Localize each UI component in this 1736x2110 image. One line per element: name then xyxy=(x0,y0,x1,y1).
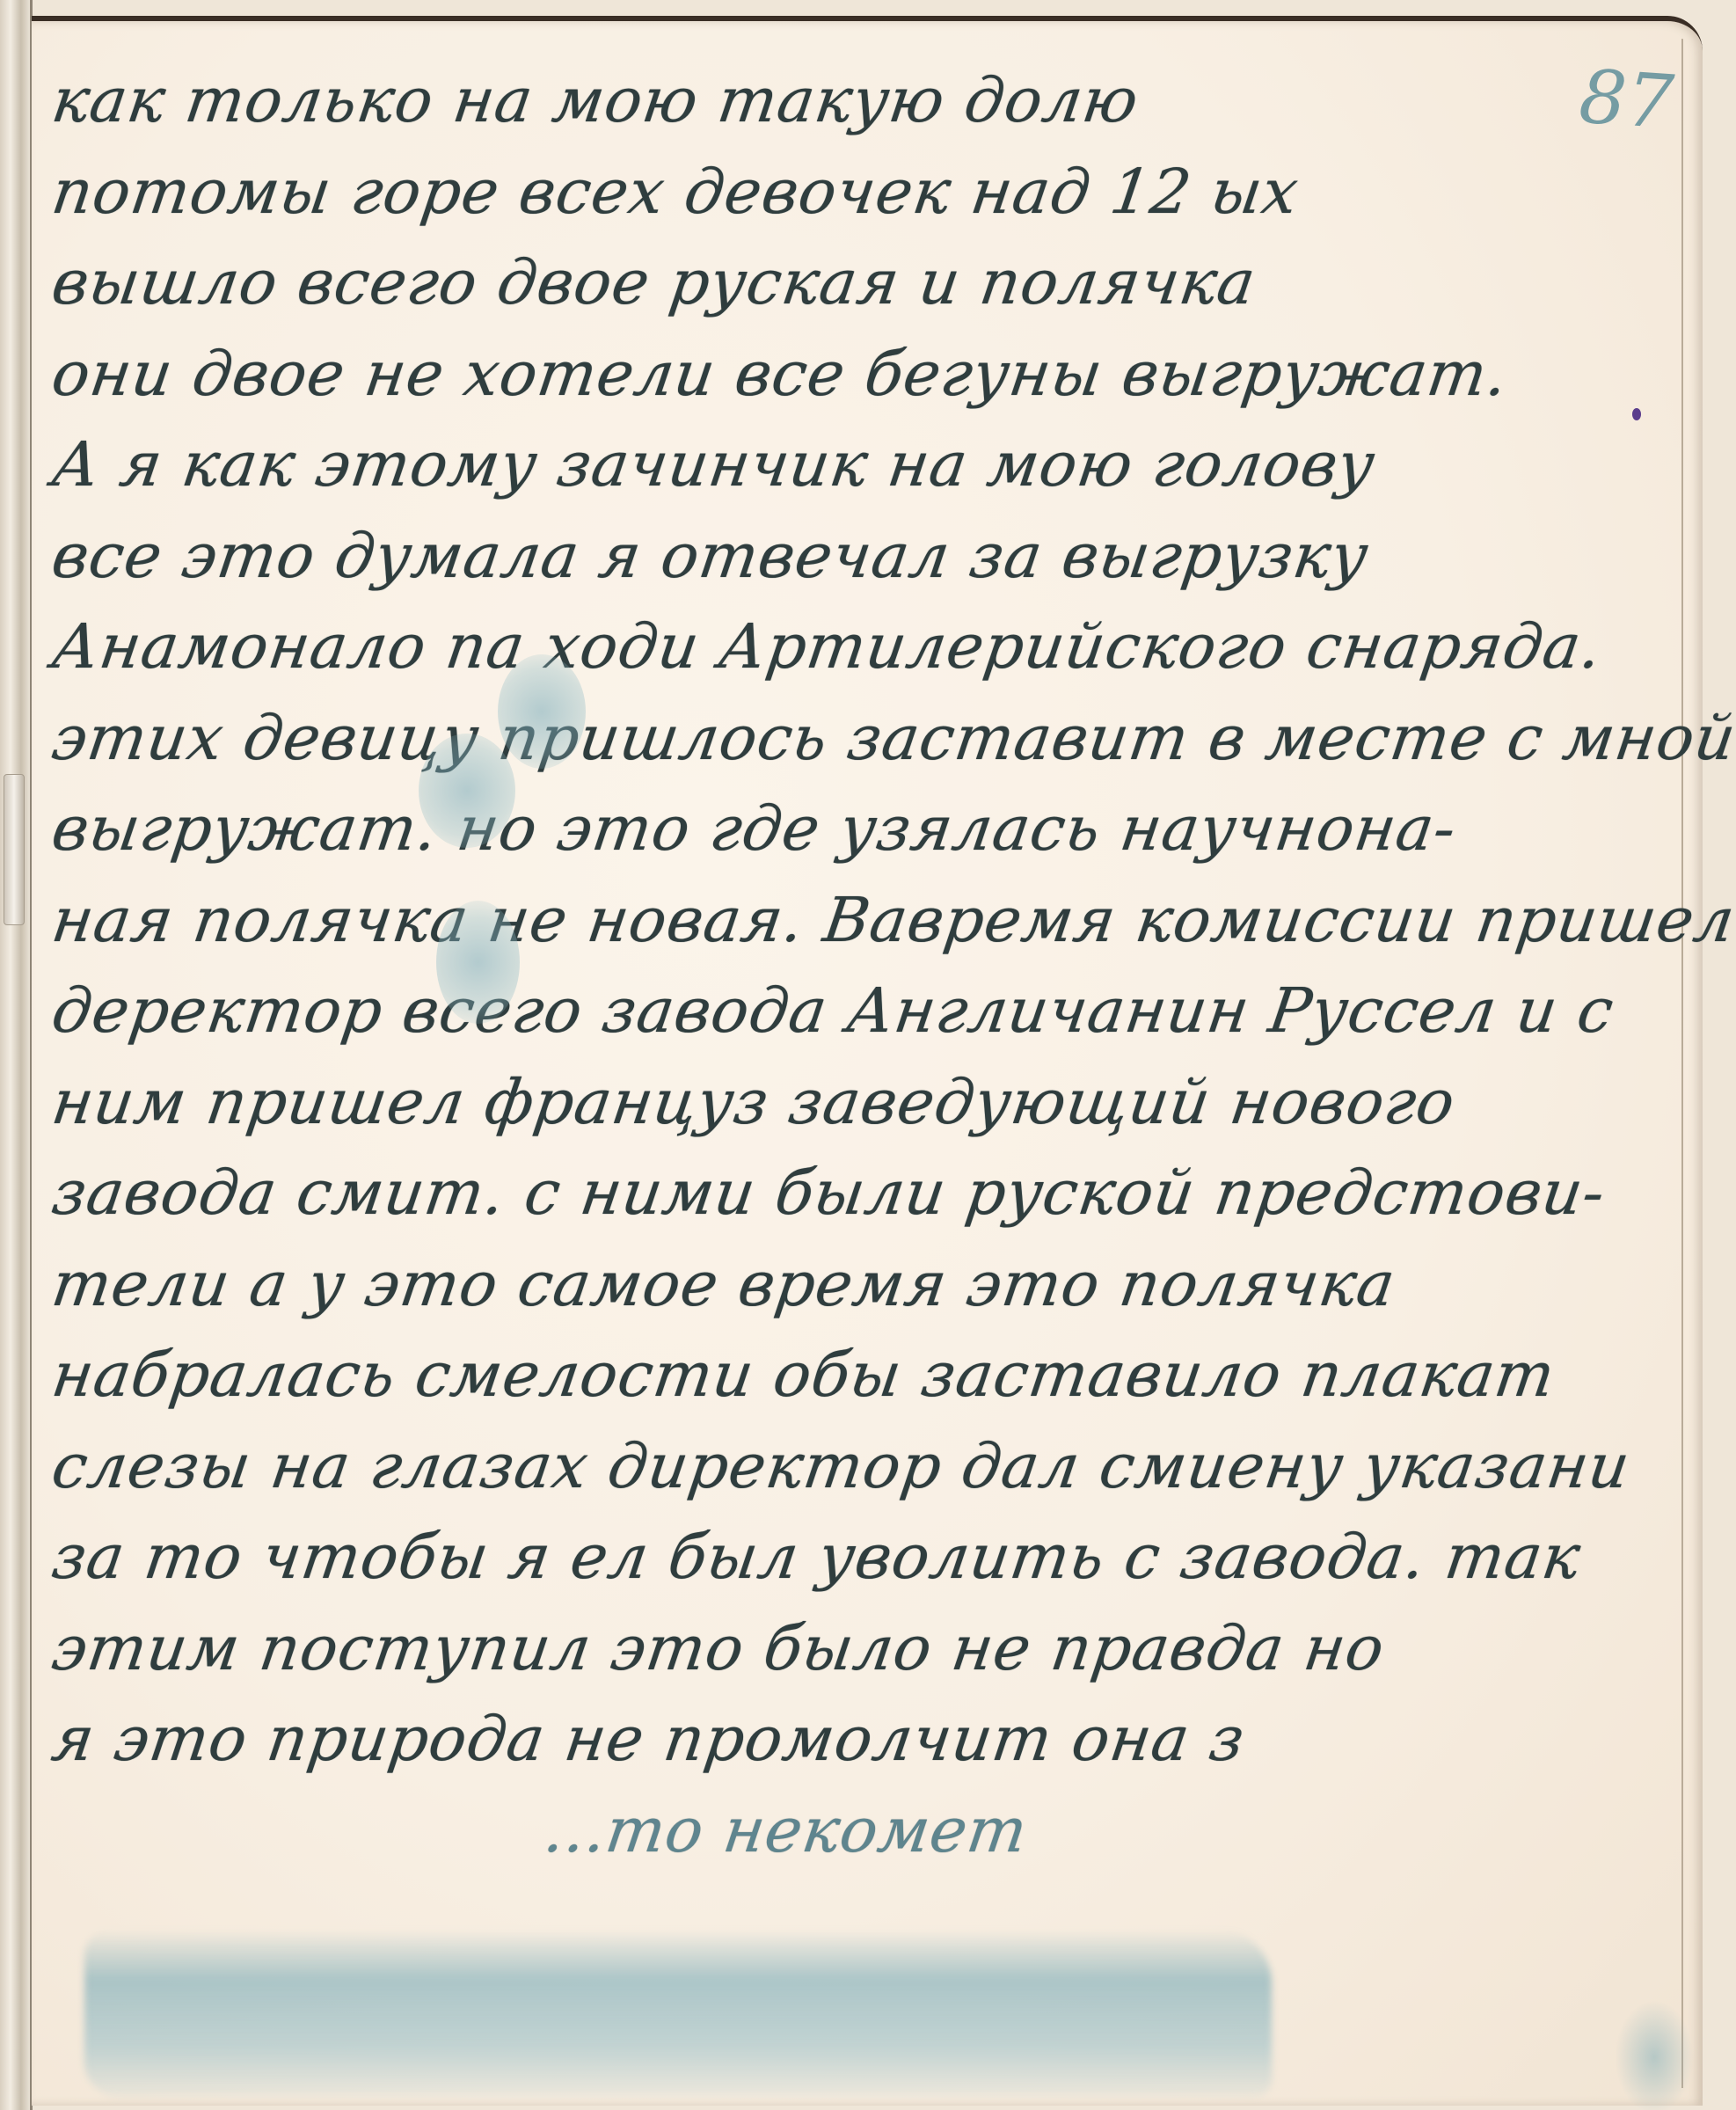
text-line: слезы на глазах директор дал смиену указ… xyxy=(47,1422,1668,1510)
text-line: А я как этому зачинчик на мою голову xyxy=(47,420,1668,508)
text-line: этих девицу пришлось заставит в месте с … xyxy=(47,694,1668,782)
handwritten-text: как только на мою такую долю потомы горе… xyxy=(53,56,1662,1877)
notebook-page: 87 как только на мою такую долю потомы г… xyxy=(32,16,1703,2106)
text-line: вышло всего двое руская и полячка xyxy=(47,238,1668,326)
page-edge xyxy=(1681,39,1690,2088)
text-line: Анамонало па ходи Артилерийского снаряда… xyxy=(47,602,1668,690)
text-line: я это природа не промолчит она з xyxy=(47,1695,1668,1783)
text-line: ним пришел француз заведующий нового xyxy=(47,1058,1668,1146)
text-line: завода смит. с ними были руской предстов… xyxy=(47,1149,1668,1237)
water-stain xyxy=(84,1930,1272,2097)
text-line: тели а у это самое время это полячка xyxy=(47,1240,1668,1328)
water-stain-corner xyxy=(1615,2000,1694,2110)
notebook-binding xyxy=(0,0,33,2110)
text-line: все это думала я отвечал за выгрузку xyxy=(47,512,1668,600)
text-line: как только на мою такую долю xyxy=(47,56,1668,144)
text-line: выгружат. но это где узялась научнона- xyxy=(47,785,1668,872)
ink-blot xyxy=(436,901,520,1024)
text-line: набралась смелости обы заставило плакат xyxy=(47,1331,1668,1419)
ink-blot xyxy=(498,654,586,769)
text-line: за то чтобы я ел был уволить с завода. т… xyxy=(47,1513,1668,1601)
text-line: потомы горе всех девочек над 12 ых xyxy=(47,148,1668,236)
text-line: они двое не хотели все бегуны выгружат. xyxy=(47,330,1668,418)
text-line-damaged: ...то некомет xyxy=(47,1786,1668,1874)
text-line: ная полячка не новая. Вавремя комиссии п… xyxy=(47,876,1668,964)
purple-ink-mark xyxy=(1632,408,1641,420)
text-line: этим поступил это было не правда но xyxy=(47,1604,1668,1692)
text-line: деректор всего завода Англичанин Руссел … xyxy=(47,967,1668,1055)
binding-clip xyxy=(4,774,25,925)
ink-blot xyxy=(419,734,515,848)
